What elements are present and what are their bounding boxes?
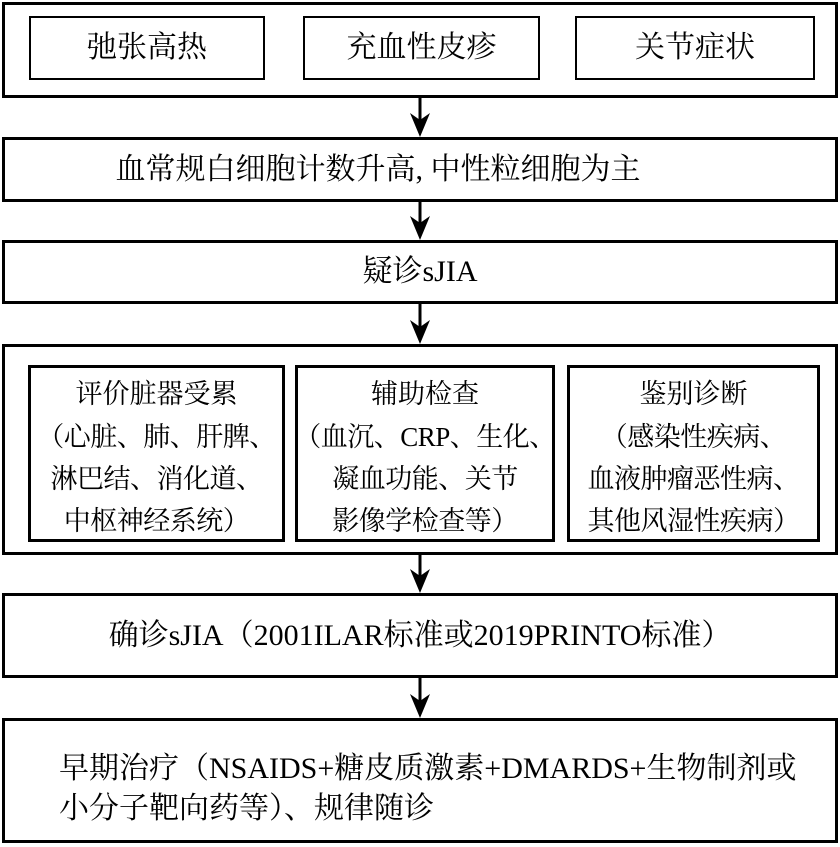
blood-routine-label: 血常规白细胞计数升高, 中性粒细胞为主 bbox=[116, 151, 641, 189]
early-treatment-label: 早期治疗（NSAIDS+糖皮质激素+DMARDS+生物制剂或 小分子靶向药等）、… bbox=[59, 749, 815, 829]
box-suspected-sjia: 疑诊sJIA bbox=[2, 240, 838, 304]
suspected-sjia-label: 疑诊sJIA bbox=[362, 253, 477, 291]
box-congestive-rash: 充血性皮疹 bbox=[303, 16, 540, 80]
down-arrow-icon-2 bbox=[407, 200, 433, 240]
confirmed-sjia-label: 确诊sJIA（2001ILAR标准或2019PRINTO标准） bbox=[109, 617, 732, 655]
organ-involvement-body: （心脏、肺、肝脾、 淋巴结、消化道、 中枢神经系统） bbox=[17, 416, 296, 542]
differential-diagnosis-title: 鉴别诊断 bbox=[570, 368, 817, 415]
down-arrow-icon-1 bbox=[407, 97, 433, 137]
auxiliary-tests-title: 辅助检查 bbox=[298, 368, 552, 415]
down-arrow-icon-5 bbox=[407, 678, 433, 718]
box-auxiliary-tests: 辅助检查 （血沉、CRP、生化、 凝血功能、关节 影像学检查等） bbox=[295, 365, 555, 542]
box-joint-symptoms: 关节症状 bbox=[575, 16, 815, 80]
congestive-rash-label: 充血性皮疹 bbox=[347, 29, 497, 67]
organ-involvement-title: 评价脏器受累 bbox=[31, 368, 282, 415]
auxiliary-tests-body: （血沉、CRP、生化、 凝血功能、关节 影像学检查等） bbox=[284, 416, 566, 542]
box-early-treatment: 早期治疗（NSAIDS+糖皮质激素+DMARDS+生物制剂或 小分子靶向药等）、… bbox=[2, 718, 838, 843]
box-organ-involvement: 评价脏器受累 （心脏、肺、肝脾、 淋巴结、消化道、 中枢神经系统） bbox=[28, 365, 285, 542]
box-remittent-fever: 弛张高热 bbox=[29, 16, 265, 80]
box-differential-diagnosis: 鉴别诊断 （感染性疾病、 血液肿瘤恶性病、 其他风湿性疾病） bbox=[567, 365, 820, 542]
sjia-flowchart: 弛张高热 充血性皮疹 关节症状 血常规白细胞计数升高, 中性粒细胞为主 疑诊sJ… bbox=[0, 0, 840, 847]
remittent-fever-label: 弛张高热 bbox=[87, 29, 207, 67]
joint-symptoms-label: 关节症状 bbox=[635, 29, 755, 67]
down-arrow-icon-3 bbox=[407, 304, 433, 344]
differential-diagnosis-body: （感染性疾病、 血液肿瘤恶性病、 其他风湿性疾病） bbox=[556, 416, 831, 542]
box-confirmed-sjia: 确诊sJIA（2001ILAR标准或2019PRINTO标准） bbox=[2, 593, 838, 678]
box-blood-routine: 血常规白细胞计数升高, 中性粒细胞为主 bbox=[2, 137, 838, 202]
down-arrow-icon-4 bbox=[407, 553, 433, 593]
